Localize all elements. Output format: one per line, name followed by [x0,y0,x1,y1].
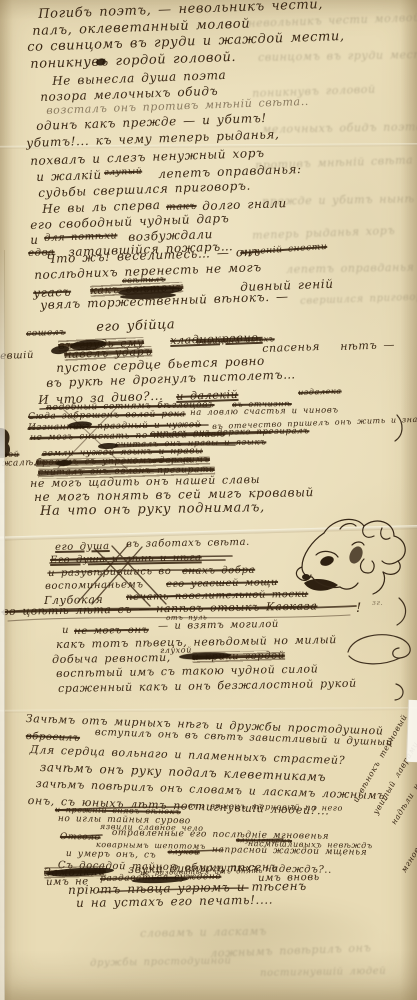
manuscript-line: Его душа и лѣнь и нѣга [50,552,202,566]
manuscript-line: свѣтилъ [122,275,166,285]
manuscript-line: снахъ добра [182,565,255,577]
manuscript-line: и на устахъ его печать!.... [76,894,273,911]
manuscript-line: ! [356,602,362,616]
margin-note: мгновенья [400,827,417,874]
manuscript-line: и жалкiй [36,169,102,184]
showthrough-ghost-line: дружбы простодушной [90,956,232,969]
manuscript-line: глухой [160,646,192,655]
manuscript-line: его убiйца [96,318,176,335]
manuscript-line: напрасной жаждой мщенья [212,846,367,859]
manuscript-page: невольникъ чести молвойсвинцомъ въ груди… [0,0,417,1000]
manuscript-line: вбросилъ [26,731,81,744]
showthrough-ghost-line: невольникъ чести молвой [248,12,417,30]
manuscript-line: его душа [55,541,110,553]
manuscript-line: его угасшей мощи [166,577,278,590]
showthrough-ghost-line: теперь рыданья хоръ [252,225,396,242]
manuscript-line: зг. [372,600,383,608]
manuscript-line: для потѣхи [44,230,118,244]
showthrough-ghost-line: ложнымъ повѣрилъ онъ [210,942,372,960]
manuscript-line: и разувѣрившись во [48,566,172,579]
margin-note: евшiй [0,350,34,362]
manuscript-line: такъ [166,201,197,213]
manuscript-line: и крики гордой [192,650,285,663]
manuscript-line: не раздаваться имъ опять [140,868,263,878]
manuscript-line: Отголо [60,833,101,844]
showthrough-ghost-line: словамъ и ласкамъ [140,926,267,940]
showthrough-ghost-line: постигнувшiй людей [260,966,386,979]
showthrough-ghost-line: мелочныхъ обидъ поэта [262,121,417,136]
showthrough-ghost-line: свинцомъ въ груди мести [258,49,417,64]
manuscript-line: на ловлю счастья и чиновъ [190,406,339,418]
manuscript-line: воспоминаньемъ [45,579,144,592]
showthrough-ghost-line: лепетъ оправданья [286,262,415,276]
showthrough-ghost-line: свершился приговоръ [300,291,417,307]
manuscript-line: глупый [104,168,142,179]
manuscript-line: добыча ревности, [52,652,171,666]
manuscript-line: отъ пуль [166,614,208,622]
manuscript-line: какъ тотъ пѣвецъ, невѣдомый но милый [56,634,337,651]
manuscript-line: увялъ торжественный вѣнокъ. — [40,290,289,312]
manuscript-line: глухой [168,848,200,857]
manuscript-line: спасенья [262,341,320,355]
manuscript-line: издалека [298,387,342,397]
manuscript-line: нѣтъ — [340,339,395,353]
manuscript-line: и [30,234,39,247]
manuscript-line: въ лицо [152,456,192,465]
handwriting-layer: невольникъ чести молвойсвинцомъ въ груди… [0,0,417,1000]
manuscript-line: и [62,625,69,636]
manuscript-line: не могъ онъ [74,625,149,637]
manuscript-line: На что онъ руку поднималъ, [40,501,265,519]
manuscript-line: сраженный какъ и онъ безжалостной рукой [58,678,357,695]
manuscript-line: въ заботахъ свѣта. [126,537,250,550]
